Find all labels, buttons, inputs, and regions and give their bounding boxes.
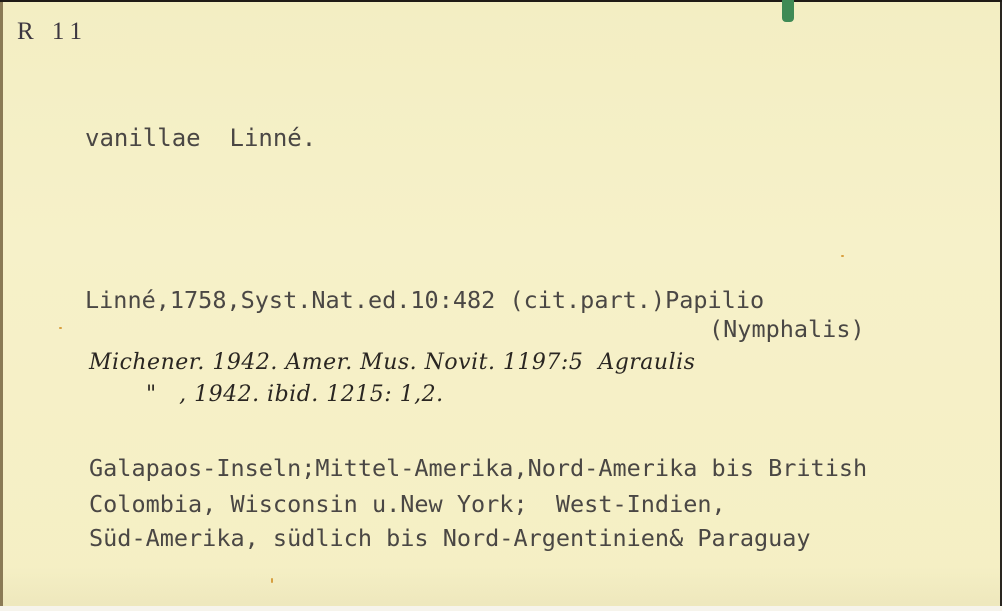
paper-speck [271,578,273,583]
handwritten-reference-line-2: " , 1942. ibid. 1215: 1,2. [146,382,444,407]
index-card: R 11 vanillae Linné. Linné,1758,Syst.Nat… [0,2,1000,606]
handwritten-reference-line-1: Michener. 1942. Amer. Mus. Novit. 1197:5… [89,350,695,375]
original-citation-line-1: Linné,1758,Syst.Nat.ed.10:482 (cit.part.… [85,286,764,314]
paper-speck [841,255,844,257]
species-name: vanillae Linné. [85,124,316,152]
original-citation-line-2: (Nymphalis) [709,315,865,343]
distribution-line-3: Süd-Amerika, südlich bis Nord-Argentinie… [89,524,811,552]
distribution-line-1: Galapaos-Inseln;Mittel-Amerika,Nord-Amer… [89,454,867,482]
green-tab-marker [782,0,794,22]
catalog-number: R 11 [17,18,88,46]
scan-bottom-edge [0,606,1002,611]
distribution-line-2: Colombia, Wisconsin u.New York; West-Ind… [89,490,726,518]
paper-speck [59,327,62,329]
